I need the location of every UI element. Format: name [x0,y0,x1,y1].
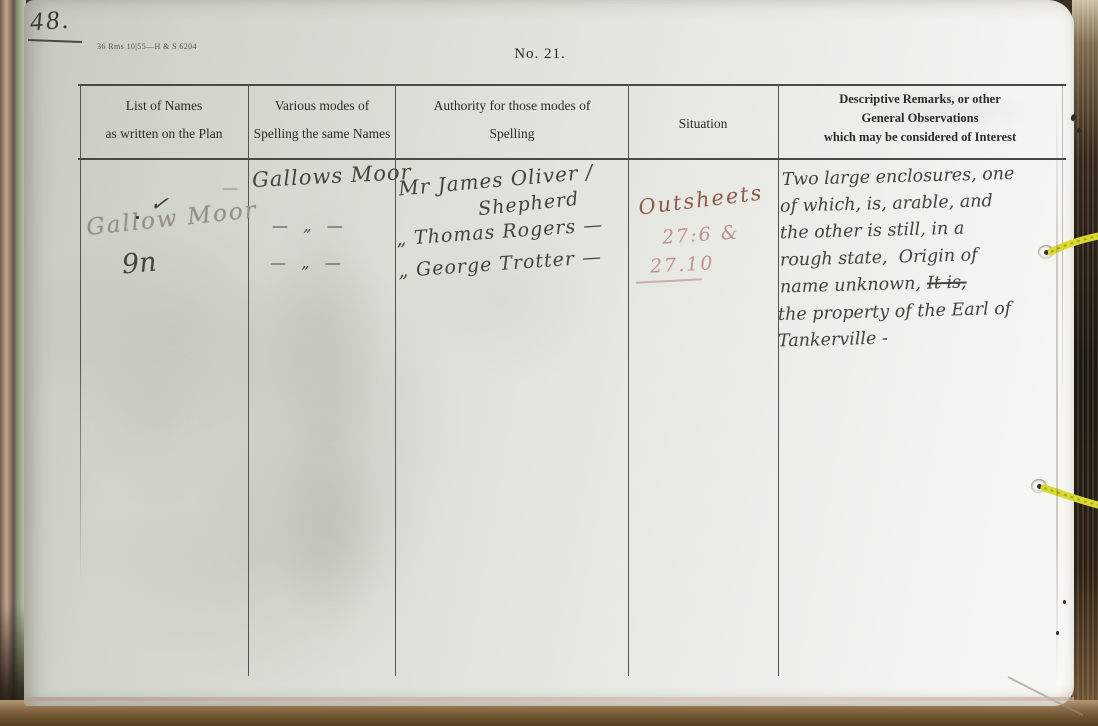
header-line: Various modes of [252,92,392,120]
header-line: Spelling the same Names [252,120,392,148]
header-list-of-names: List of Names as written on the Plan [84,92,244,148]
header-line: Descriptive Remarks, or other [784,90,1056,109]
header-line: Authority for those modes of [400,92,624,120]
form-number: No. 21. [480,46,600,63]
header-spelling-modes: Various modes of Spelling the same Names [252,92,392,148]
column-divider-1 [248,84,249,676]
scanned-book-photo: 48. 36 Rms 10|55—H & S 6204 No. 21. List… [0,0,1098,726]
column-divider-3 [628,84,629,676]
ditto-marks-row2: — „ — [270,253,341,272]
header-line: as written on the Plan [84,120,244,148]
pencil-dash: — [222,178,238,197]
printer-imprint-line2: 6204 [179,42,197,51]
ink-speck [136,216,139,219]
ink-speck [1063,600,1066,604]
header-authority: Authority for those modes of Spelling [400,92,624,148]
header-situation: Situation [632,110,774,138]
header-bottom-rule [78,158,1066,160]
table-left-border [80,84,81,584]
header-line: General Observations [784,109,1056,128]
bleed-through-marks [84,330,234,510]
book-binding-edge [0,0,26,726]
page-stack-edge [1072,0,1098,726]
remarks-struck-text: It is, [927,273,967,294]
page-curl-crease [1056,90,1058,680]
header-line: which may be considered of Interest [784,128,1056,147]
column-divider-4 [778,84,779,676]
folio-number: 48. [29,5,72,38]
printer-imprint-line1: 36 Rms 10|55—H & S [97,42,177,51]
ink-speck [1077,128,1081,133]
page-bottom-edge [24,697,1074,701]
table-top-rule [78,84,1066,86]
header-descriptive-remarks: Descriptive Remarks, or other General Ob… [784,90,1056,147]
situation-sheet-27-10: 27.10 [649,252,714,277]
bleed-through-marks [274,420,384,640]
header-line: Spelling [400,120,624,148]
remarks-line5-text: name unknown, [780,274,921,298]
header-line: Situation [632,110,774,138]
entry-annotation: 9n [121,247,158,281]
header-line: List of Names [84,92,244,120]
ditto-marks-row1: — „ — [272,216,343,235]
printer-imprint: 36 Rms 10|55—H & S 6204 [92,42,202,51]
remarks-line7: Tankerville - [778,329,888,352]
yellow-tie-bottom [1040,478,1098,514]
